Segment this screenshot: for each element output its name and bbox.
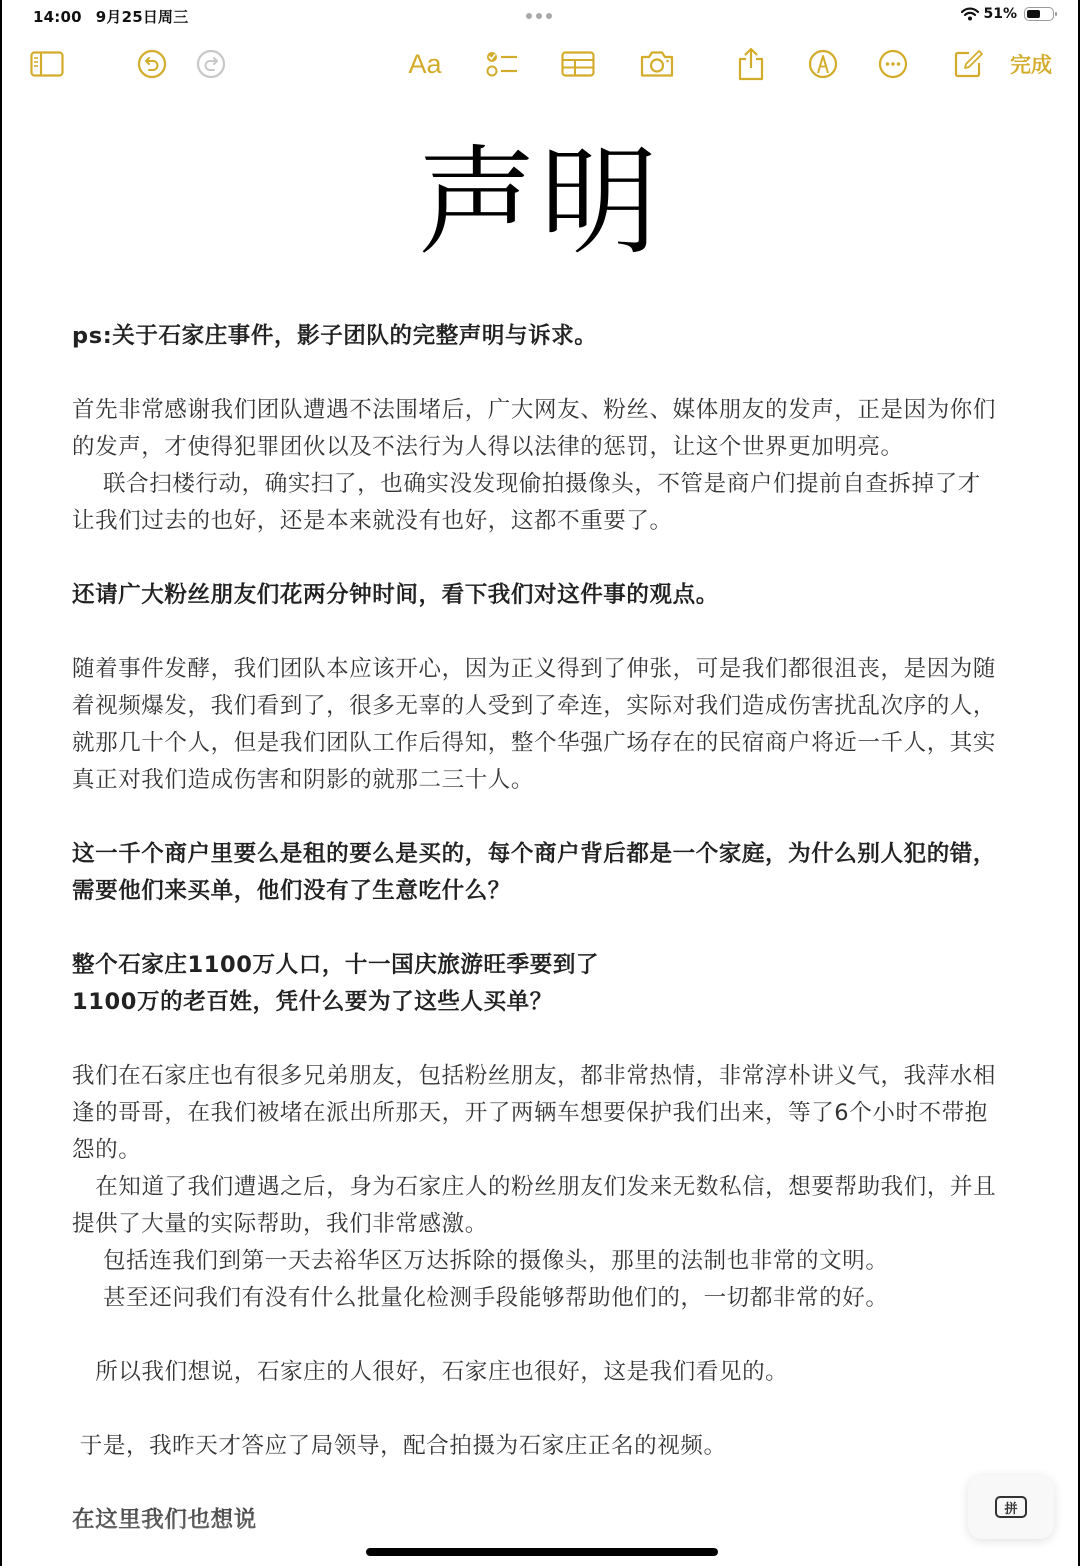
bold-paragraph: 在这里我们也想说 xyxy=(72,1502,1002,1539)
pinyin-keyboard-icon: 拼 xyxy=(995,1496,1027,1518)
pen-tip-icon xyxy=(808,49,838,79)
share-button[interactable] xyxy=(736,44,766,84)
notes-app-screen: 14:009月25日周三 51% xyxy=(2,0,1078,1566)
bold-paragraph: 1100万的老百姓，凭什么要为了这些人买单？ xyxy=(72,984,1002,1021)
paragraph-spacer xyxy=(72,1021,1002,1058)
paragraph: 于是，我昨天才答应了局领导，配合拍摄为石家庄正名的视频。 xyxy=(72,1428,1002,1465)
note-body[interactable]: ps:关于石家庄事件，影子团队的完整声明与诉求。首先非常感谢我们团队遭遇不法围堵… xyxy=(72,318,1002,1539)
paragraph-spacer xyxy=(72,799,1002,836)
undo-button[interactable] xyxy=(135,44,169,84)
paragraph-spacer xyxy=(72,910,1002,947)
done-button[interactable]: 完成 xyxy=(1007,44,1055,84)
bold-paragraph: 整个石家庄1100万人口，十一国庆旅游旺季要到了 xyxy=(72,947,1002,984)
paragraph: 我们在石家庄也有很多兄弟朋友，包括粉丝朋友，都非常热情，非常淳朴讲义气，我萍水相… xyxy=(72,1058,1002,1169)
redo-button[interactable] xyxy=(194,44,228,84)
status-time-date: 14:009月25日周三 xyxy=(33,6,202,27)
home-indicator[interactable] xyxy=(366,1548,718,1556)
checklist-button[interactable] xyxy=(484,44,520,84)
status-indicators: 51% xyxy=(961,6,1054,22)
multitask-handle[interactable] xyxy=(526,13,552,19)
notes-toolbar: Aa xyxy=(2,44,1078,84)
paragraph-spacer xyxy=(72,1317,1002,1354)
checklist-icon xyxy=(485,49,519,79)
compose-icon xyxy=(953,49,983,79)
status-bar: 14:009月25日周三 51% xyxy=(2,0,1078,32)
camera-icon xyxy=(639,50,675,78)
camera-button[interactable] xyxy=(638,44,676,84)
status-time: 14:00 xyxy=(33,8,82,26)
more-button[interactable] xyxy=(876,44,910,84)
input-method-switch-button[interactable]: 拼 xyxy=(968,1475,1054,1539)
paragraph-spacer xyxy=(72,1391,1002,1428)
paragraph-spacer xyxy=(72,540,1002,577)
paragraph-spacer xyxy=(72,1465,1002,1502)
battery-percent: 51% xyxy=(983,6,1017,22)
paragraph-spacer xyxy=(72,614,1002,651)
bold-paragraph: 还请广大粉丝朋友们花两分钟时间，看下我们对这件事的观点。 xyxy=(72,577,1002,614)
paragraph: 联合扫楼行动，确实扫了，也确实没发现偷拍摄像头，不管是商户们提前自查拆掉了才让我… xyxy=(72,466,1002,540)
paragraph: 包括连我们到第一天去裕华区万达拆除的摄像头，那里的法制也非常的文明。 xyxy=(72,1243,1002,1280)
redo-icon xyxy=(196,49,226,79)
paragraph: 首先非常感谢我们团队遭遇不法围堵后，广大网友、粉丝、媒体朋友的发声，正是因为你们… xyxy=(72,392,1002,466)
share-icon xyxy=(737,47,765,81)
status-date: 9月25日周三 xyxy=(96,8,189,26)
new-note-button[interactable] xyxy=(952,44,984,84)
bold-paragraph: 这一千个商户里要么是租的要么是买的，每个商户背后都是一个家庭，为什么别人犯的错，… xyxy=(72,836,1002,910)
paragraph: 随着事件发酵，我们团队本应该开心，因为正义得到了伸张，可是我们都很沮丧，是因为随… xyxy=(72,651,1002,799)
paragraph: 所以我们想说，石家庄的人很好，石家庄也很好，这是我们看见的。 xyxy=(72,1354,1002,1391)
undo-icon xyxy=(137,49,167,79)
sidebar-toggle-button[interactable] xyxy=(28,44,66,84)
ellipsis-circle-icon xyxy=(878,49,908,79)
paragraph: 在知道了我们遭遇之后，身为石家庄人的粉丝朋友们发来无数私信，想要帮助我们，并且提… xyxy=(72,1169,1002,1243)
paragraph-spacer xyxy=(72,355,1002,392)
bold-paragraph: ps:关于石家庄事件，影子团队的完整声明与诉求。 xyxy=(72,318,1002,355)
wifi-icon xyxy=(961,7,979,21)
format-button[interactable]: Aa xyxy=(404,44,446,84)
note-title[interactable]: 声明 xyxy=(2,132,1078,272)
markup-button[interactable] xyxy=(806,44,840,84)
table-icon xyxy=(561,51,595,77)
paragraph: 甚至还问我们有没有什么批量化检测手段能够帮助他们的，一切都非常的好。 xyxy=(72,1280,1002,1317)
battery-icon xyxy=(1024,7,1054,21)
sidebar-icon xyxy=(30,51,64,77)
table-button[interactable] xyxy=(560,44,596,84)
